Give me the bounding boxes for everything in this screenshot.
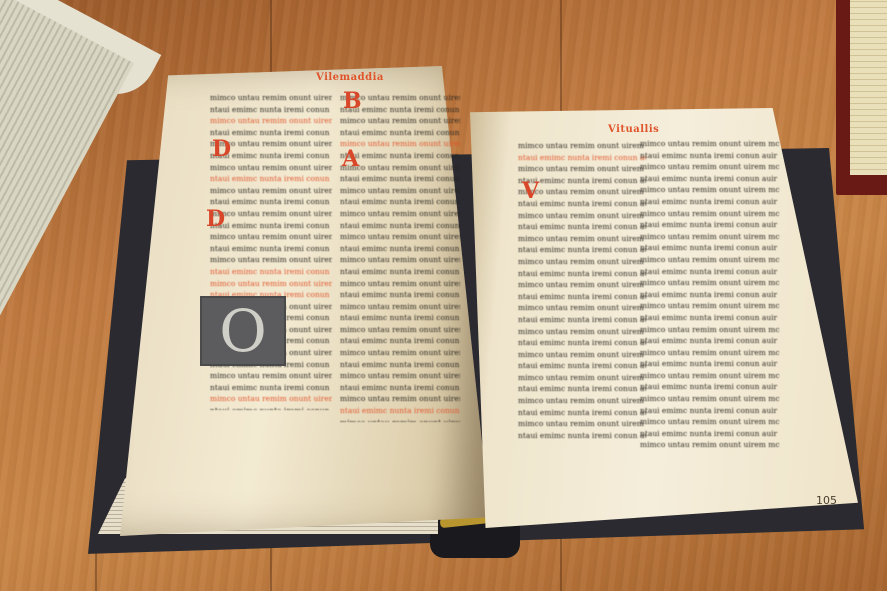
rubric-initial: D: [206, 206, 225, 232]
right-page-column-2: mimco untau remim onunt uirem mconntaui …: [640, 138, 780, 448]
rubric-initial: B: [343, 88, 362, 114]
left-page-column-2: mimco untau remim onunt uirem mconntaui …: [340, 92, 460, 422]
manuscript-paper: [850, 0, 887, 175]
page-number: 105: [816, 494, 837, 507]
right-running-head: Vituallis: [608, 124, 659, 135]
rubric-initial: V: [522, 178, 539, 204]
framed-manuscript: [836, 0, 887, 195]
left-running-head: Vilemaddia: [316, 72, 384, 83]
woodcut-initial: O: [200, 296, 286, 366]
rubric-initial: D: [212, 136, 231, 162]
rubric-initial: A: [342, 146, 359, 172]
woodcut-letter: O: [219, 302, 267, 360]
